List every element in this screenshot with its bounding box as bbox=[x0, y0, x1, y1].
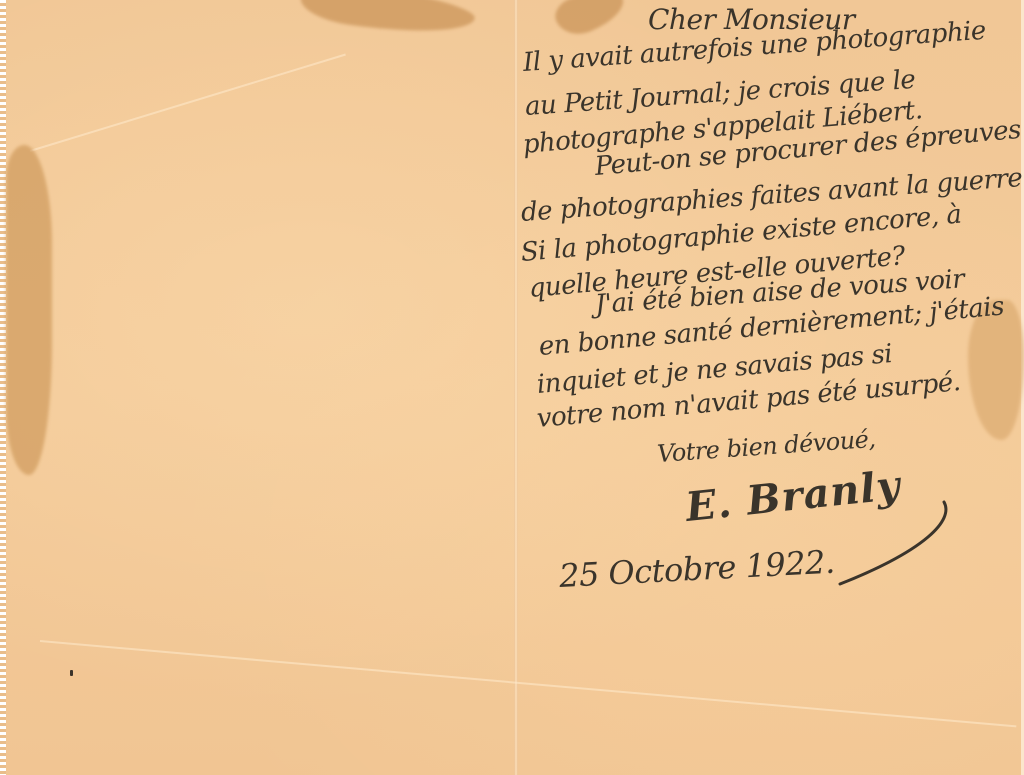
center-fold bbox=[514, 0, 518, 775]
letter-closing: Votre bien dévoué, bbox=[656, 427, 876, 466]
paper-crease bbox=[40, 640, 1016, 727]
water-stain bbox=[6, 145, 52, 475]
signature-flourish-icon bbox=[836, 500, 956, 590]
water-stain bbox=[298, 0, 477, 42]
ink-speck bbox=[70, 670, 73, 676]
letter-page: Cher Monsieur Il y avait autrefois une p… bbox=[0, 0, 1024, 775]
water-stain bbox=[550, 0, 629, 42]
letter-date: 25 Octobre 1922. bbox=[558, 546, 835, 592]
paper-crease bbox=[30, 54, 346, 152]
